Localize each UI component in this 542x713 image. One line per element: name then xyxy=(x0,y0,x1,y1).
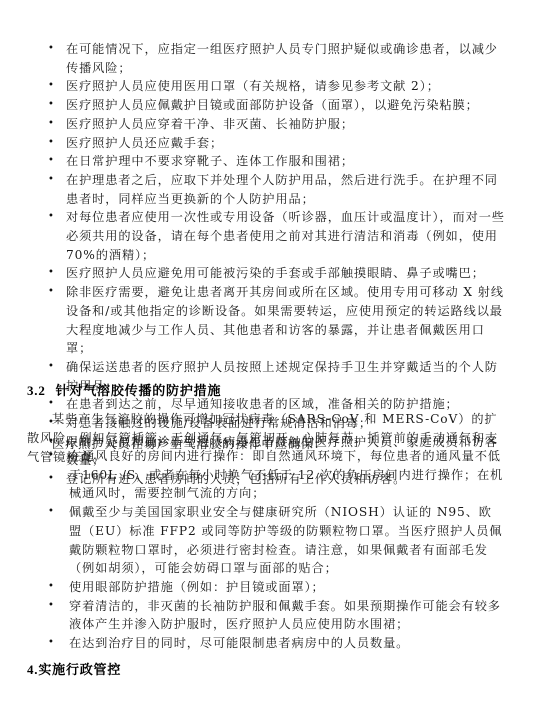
list-item: •对每位患者应使用一次性或专用设备（听诊器，血压计或温度计），而对一些必须共用的… xyxy=(0,208,542,264)
list-item: •在日常护理中不要求穿靴子、连体工作服和围裙； xyxy=(0,152,542,171)
list-item: •佩戴至少与美国国家职业安全与健康研究所（NIOSH）认证的 N95、欧盟（EU… xyxy=(0,503,542,578)
document-page: •在可能情况下，应指定一组医疗照护人员专门照护疑似或确诊患者，以减少传播风险； … xyxy=(0,0,542,713)
bullet-icon: • xyxy=(48,208,55,227)
bullet-icon: • xyxy=(48,77,55,96)
list-item: •使用眼部防护措施（例如：护目镜或面罩）； xyxy=(0,578,542,597)
bullet-icon: • xyxy=(48,152,55,171)
list-item: •除非医疗需要，避免让患者离开其房间或所在区域。使用专用可移动 X 射线设备和/… xyxy=(0,283,542,358)
list-item: •在护理患者之后，应取下并处理个人防护用品，然后进行洗手。在护理不同患者时，同样… xyxy=(0,171,542,208)
list-item: •医疗照护人员还应戴手套； xyxy=(0,134,542,153)
list-item: •医疗照护人员应穿着干净、非灭菌、长袖防护服； xyxy=(0,115,542,134)
section-heading-4: 4.实施行政管控 xyxy=(27,659,121,678)
list-item: •穿着清洁的，非灭菌的长袖防护服和佩戴手套。如果预期操作可能会有较多液体产生并渗… xyxy=(0,597,542,634)
bullet-icon: • xyxy=(48,134,55,153)
bullet-icon: • xyxy=(48,634,55,653)
section-title: 实施行政管控 xyxy=(38,663,121,678)
bullet-icon: • xyxy=(48,40,55,59)
list-item: •医疗照护人员应佩戴护目镜或面部防护设备（面罩），以避免污染粘膜； xyxy=(0,96,542,115)
bullet-icon: • xyxy=(48,578,55,597)
section-number: 4. xyxy=(27,662,38,677)
bullet-icon: • xyxy=(48,171,55,190)
section-heading-3-2: 3.2针对气溶胶传播的防护措施 xyxy=(27,380,221,399)
bullet-icon: • xyxy=(48,447,55,466)
bullet-icon: • xyxy=(48,264,55,283)
bullet-icon: • xyxy=(48,597,55,616)
list-item: •在达到治疗目的同时，尽可能限制患者病房中的人员数量。 xyxy=(0,634,542,653)
list-item: •在可能情况下，应指定一组医疗照护人员专门照护疑似或确诊患者，以减少传播风险； xyxy=(0,40,542,77)
list-item: •医疗照护人员应使用医用口罩（有关规格，请参见参考文献 2）； xyxy=(0,77,542,96)
bullet-icon: • xyxy=(48,503,55,522)
section-number: 3.2 xyxy=(27,383,46,398)
bullet-icon: • xyxy=(48,358,55,377)
section-title: 针对气溶胶传播的防护措施 xyxy=(56,384,222,399)
bullet-icon: • xyxy=(48,96,55,115)
bullet-icon: • xyxy=(48,115,55,134)
aerosol-precaution-list: •在通风良好的房间内进行操作：即自然通风环境下，每位患者的通风量不低于160L … xyxy=(0,447,542,653)
bullet-icon: • xyxy=(48,283,55,302)
list-item: •在通风良好的房间内进行操作：即自然通风环境下，每位患者的通风量不低于160L … xyxy=(0,447,542,503)
list-item: •医疗照护人员应避免用可能被污染的手套或手部触摸眼睛、鼻子或嘴巴； xyxy=(0,264,542,283)
